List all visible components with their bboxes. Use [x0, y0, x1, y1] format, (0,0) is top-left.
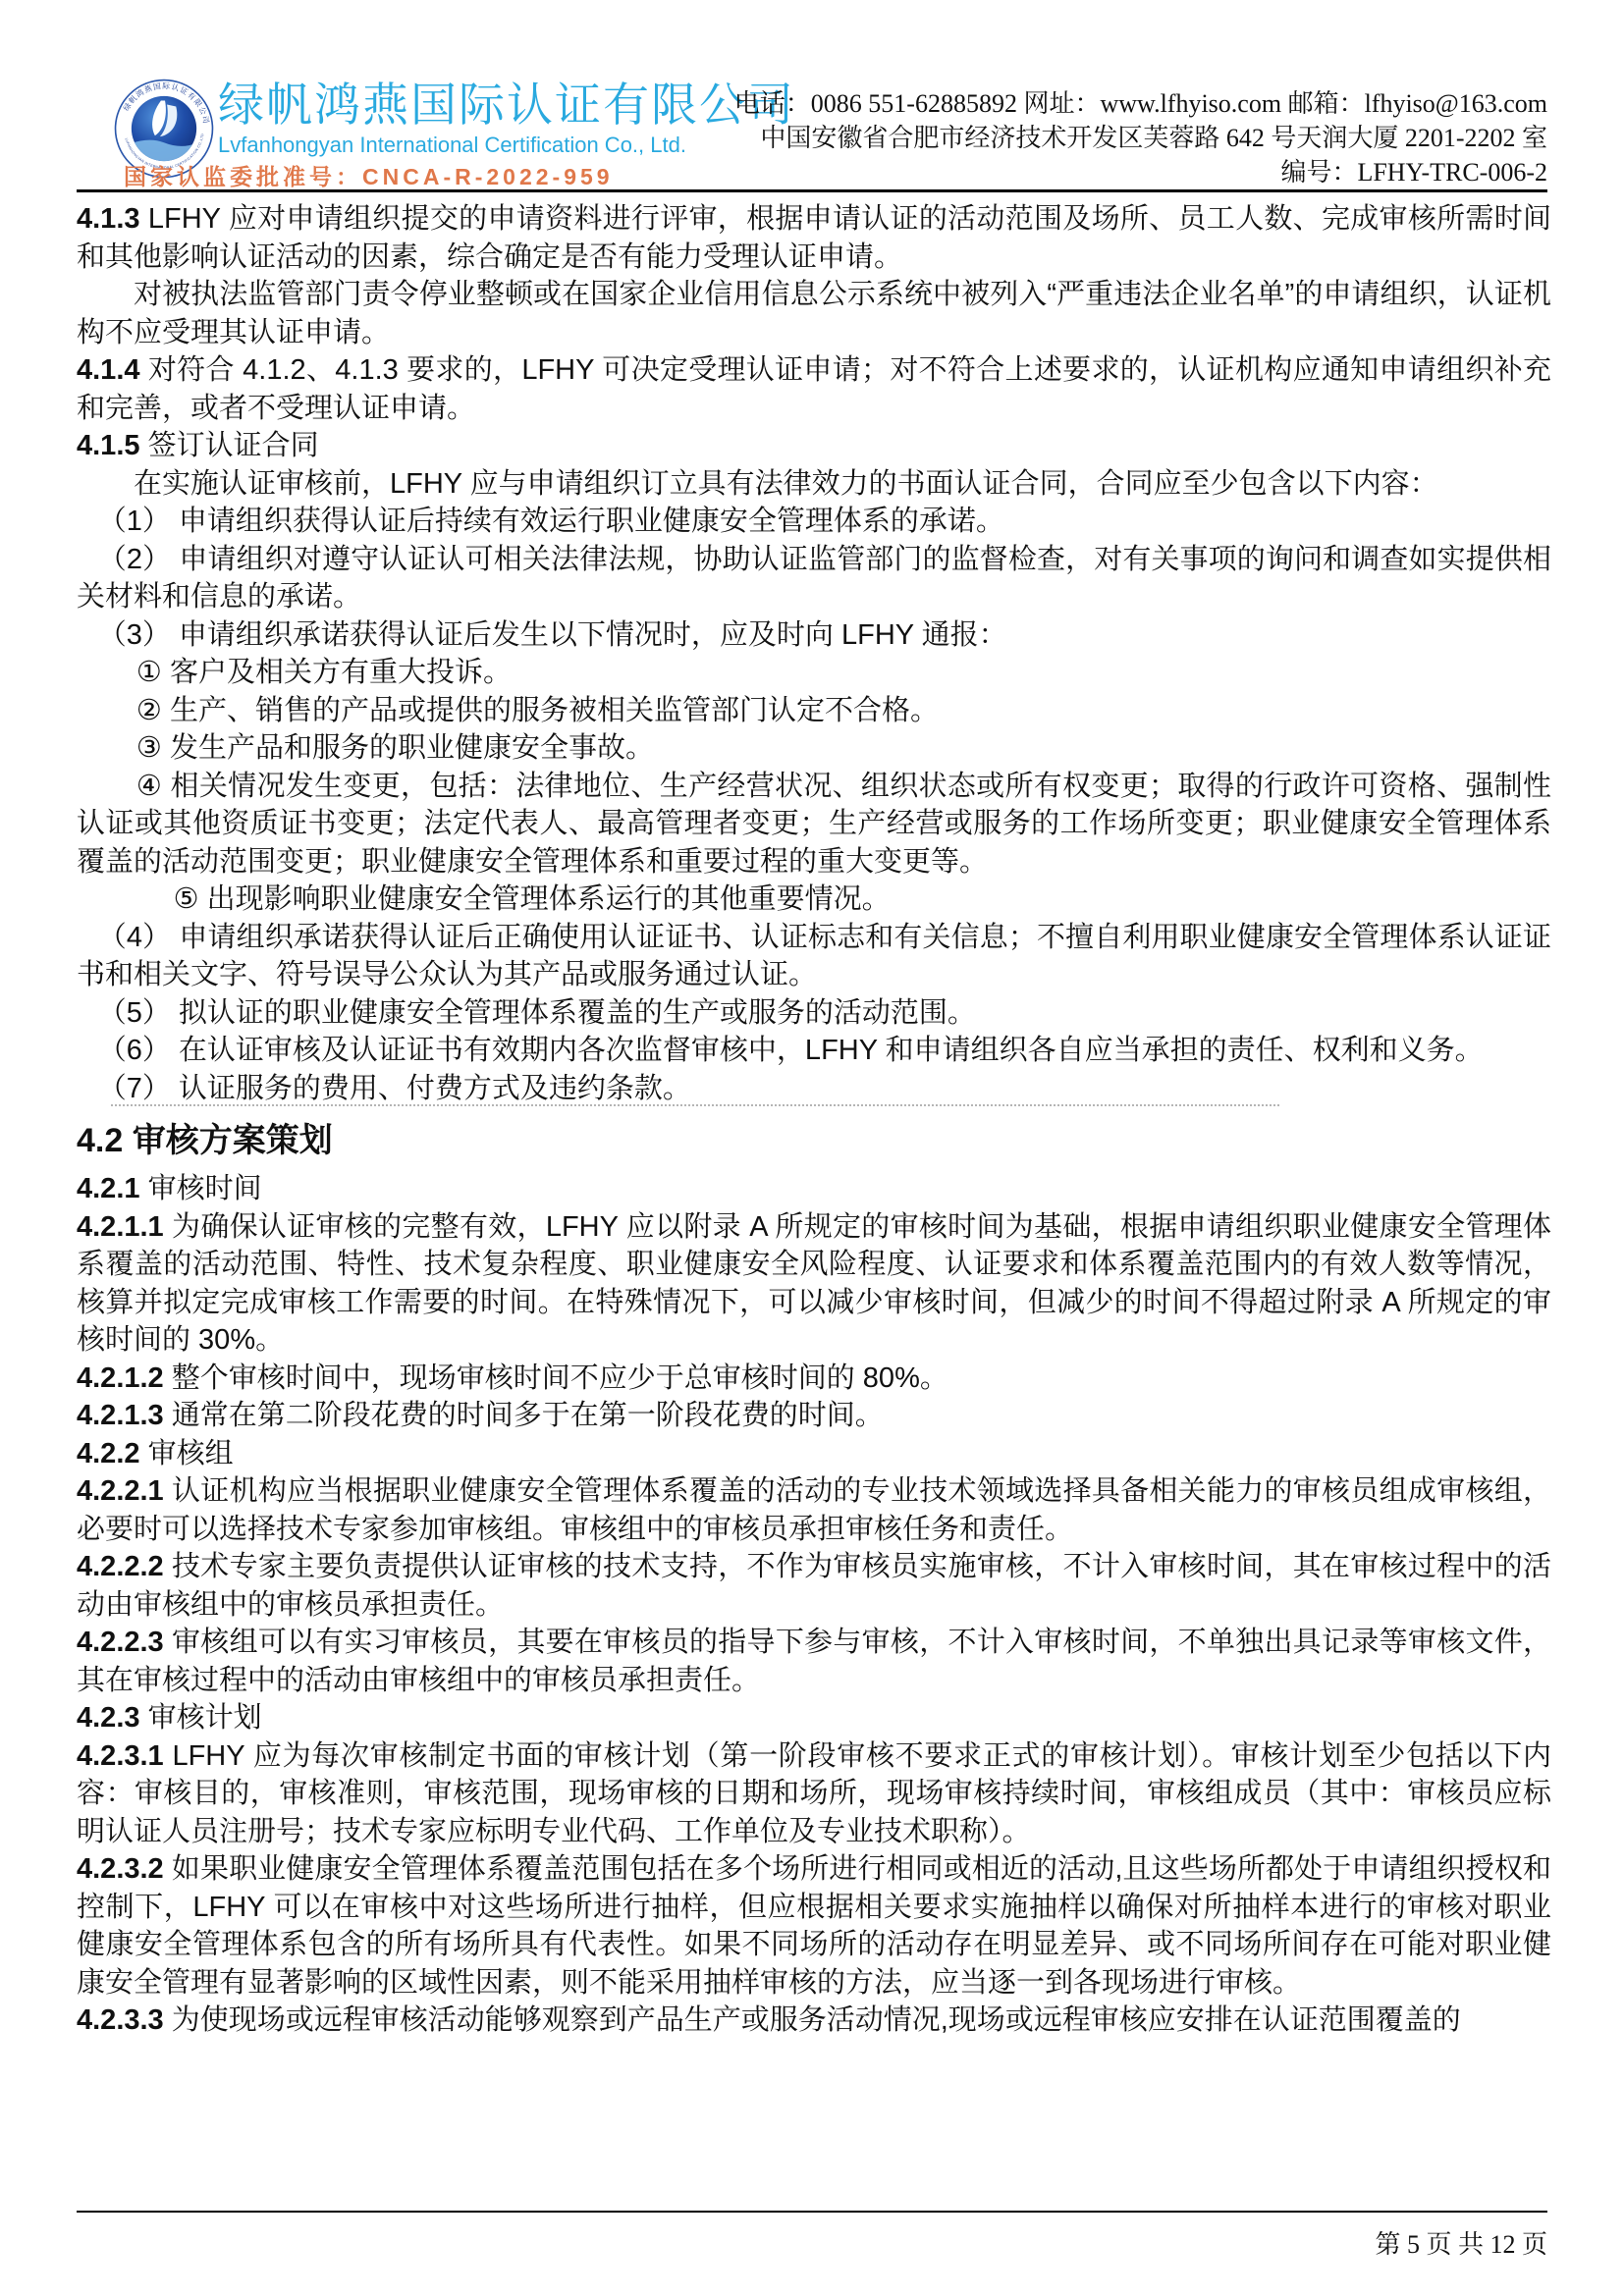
paragraph: 4.1.5 签订认证合同 — [77, 427, 1551, 465]
company-name-cn: 绿帆鸿燕国际认证有限公司 — [218, 80, 795, 130]
paragraph: 4.2.2.2 技术专家主要负责提供认证审核的技术支持，不作为审核员实施审核，不… — [77, 1548, 1551, 1624]
paragraph: 4.2.3.2 如果职业健康安全管理体系覆盖范围包括在多个场所进行相同或相近的活… — [77, 1850, 1551, 2002]
section-number: 4.2.3.2 — [77, 1853, 172, 1885]
paragraph: ④ 相关情况发生变更，包括：法律地位、生产经营状况、组织状态或所有权变更；取得的… — [77, 768, 1551, 881]
section-number: 4.2.2.1 — [77, 1475, 172, 1507]
brand-block: 绿帆鸿燕国际认证有限公司 Lvfanhongyan International … — [218, 80, 795, 158]
section-number: 4.1.3 — [77, 203, 148, 235]
section-heading: 4.2 审核方案策划 — [77, 1119, 1551, 1162]
paragraph: 4.2.3.1 LFHY 应为每次审核制定书面的审核计划（第一阶段审核不要求正式… — [77, 1737, 1551, 1851]
footer-divider — [77, 2211, 1547, 2213]
paragraph: 4.2.2.3 审核组可以有实习审核员，其要在审核员的指导下参与审核，不计入审核… — [77, 1624, 1551, 1699]
address-line: 中国安徽省合肥市经济技术开发区芙蓉路 642 号天润大厦 2201-2202 室 — [734, 121, 1547, 155]
paragraph: 4.1.4 对符合 4.1.2、4.1.3 要求的，LFHY 可决定受理认证申请… — [77, 351, 1551, 427]
paragraph: 4.2.1.1 为确保认证审核的完整有效，LFHY 应以附录 A 所规定的审核时… — [77, 1208, 1551, 1360]
section-number: 4.2.2 — [77, 1438, 148, 1469]
contact-line: 电话：0086 551-62885892 网址：www.lfhyiso.com … — [734, 86, 1547, 121]
approval-number: 国家认监委批准号：CNCA-R-2022-959 — [124, 159, 614, 191]
document-page: 绿帆鸿燕国际认证有限公司 LVFANHONGYAN INTERNATIONAL … — [0, 0, 1624, 2296]
paragraph: 4.2.1.2 整个审核时间中，现场审核时间不应少于总审核时间的 80%。 — [77, 1360, 1551, 1398]
paragraph: ③ 发生产品和服务的职业健康安全事故。 — [77, 729, 1551, 768]
section-number: 4.2.2.2 — [77, 1551, 172, 1582]
section-number: 4.1.5 — [77, 430, 148, 461]
paragraph: 4.2.1 审核时间 — [77, 1170, 1551, 1208]
document-body: 4.1.3 LFHY 应对申请组织提交的申请资料进行评审，根据申请认证的活动范围… — [77, 200, 1551, 2040]
paragraph: 在实施认证审核前，LFHY 应与申请组织订立具有法律效力的书面认证合同，合同应至… — [77, 465, 1551, 504]
document-header: 绿帆鸿燕国际认证有限公司 LVFANHONGYAN INTERNATIONAL … — [77, 39, 1547, 188]
section-number: 4.2.3.1 — [77, 1740, 172, 1772]
section-number: 4.2.1 — [77, 1173, 148, 1204]
section-number: 4.2.1.3 — [77, 1400, 172, 1431]
page-number: 第 5 页 共 12 页 — [1375, 2224, 1547, 2261]
paragraph: 4.2.3 审核计划 — [77, 1699, 1551, 1737]
section-number: 4.2.3 — [77, 1702, 148, 1734]
paragraph: 4.2.2.1 认证机构应当根据职业健康安全管理体系覆盖的活动的专业技术领域选择… — [77, 1472, 1551, 1548]
section-number: 4.1.4 — [77, 354, 148, 386]
contact-block: 电话：0086 551-62885892 网址：www.lfhyiso.com … — [734, 86, 1547, 189]
paragraph: （3） 申请组织承诺获得认证后发生以下情况时，应及时向 LFHY 通报： — [77, 616, 1551, 655]
header-divider — [77, 189, 1547, 192]
paragraph: 4.1.3 LFHY 应对申请组织提交的申请资料进行评审，根据申请认证的活动范围… — [77, 200, 1551, 276]
section-number: 4.2.3.3 — [77, 2004, 172, 2036]
paragraph: （1） 申请组织获得认证后持续有效运行职业健康安全管理体系的承诺。 — [77, 503, 1551, 541]
company-name-en: Lvfanhongyan International Certification… — [218, 133, 795, 158]
paragraph: （5） 拟认证的职业健康安全管理体系覆盖的生产或服务的活动范围。 — [77, 994, 1551, 1033]
paragraph: ⑤ 出现影响职业健康安全管理体系运行的其他重要情况。 — [77, 881, 1551, 919]
section-number: 4.2.2.3 — [77, 1627, 172, 1658]
section-number: 4.2.1.2 — [77, 1362, 172, 1394]
paragraph: ① 客户及相关方有重大投诉。 — [77, 654, 1551, 692]
paragraph: 对被执法监管部门责令停业整顿或在国家企业信用信息公示系统中被列入“严重违法企业名… — [77, 276, 1551, 351]
section-number: 4.2 — [77, 1122, 133, 1159]
paragraph: （6） 在认证审核及认证证书有效期内各次监督审核中，LFHY 和申请组织各自应当… — [77, 1032, 1551, 1070]
doc-number: 编号：LFHY-TRC-006-2 — [734, 155, 1547, 189]
paragraph: 4.2.2 审核组 — [77, 1435, 1551, 1473]
paragraph: （4） 申请组织承诺获得认证后正确使用认证证书、认证标志和有关信息；不擅自利用职… — [77, 919, 1551, 994]
paragraph: 4.2.3.3 为使现场或远程审核活动能够观察到产品生产或服务活动情况,现场或远… — [77, 2002, 1551, 2040]
paragraph: （2） 申请组织对遵守认证认可相关法律法规，协助认证监管部门的监督检查，对有关事… — [77, 541, 1551, 616]
paragraph: 4.2.1.3 通常在第二阶段花费的时间多于在第一阶段花费的时间。 — [77, 1397, 1551, 1435]
paragraph: （7） 认证服务的费用、付费方式及违约条款。 — [77, 1070, 1551, 1108]
section-number: 4.2.1.1 — [77, 1211, 172, 1243]
paragraph: ② 生产、销售的产品或提供的服务被相关监管部门认定不合格。 — [77, 692, 1551, 730]
